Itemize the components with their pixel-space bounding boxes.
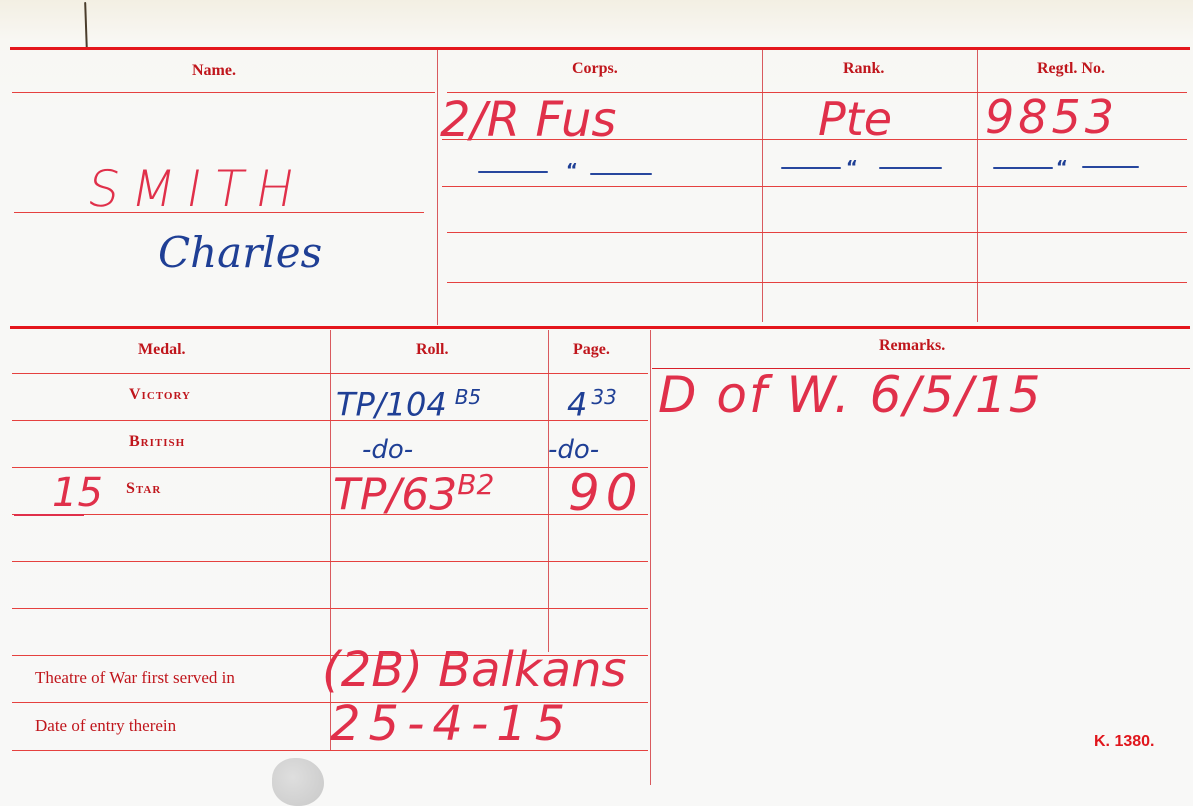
divider-page-remarks	[650, 330, 651, 785]
form-number: K. 1380.	[1094, 733, 1154, 751]
regtl-no-value: 9853	[985, 90, 1118, 144]
surname: SMITH	[83, 160, 311, 218]
rank-value: Pte	[818, 92, 892, 146]
divider-roll-page	[548, 330, 549, 652]
rank-header: Rank.	[843, 60, 884, 78]
corps-header: Corps.	[572, 60, 618, 78]
roll-victory: TP/104B5	[336, 385, 481, 424]
name-header-line	[12, 92, 435, 93]
corps-ditto-mark: “	[566, 160, 578, 181]
thumbprint-smudge	[272, 758, 324, 806]
page-british: -do-	[548, 435, 599, 465]
rank-ditto-right	[879, 167, 942, 169]
medal-row-line-2	[12, 467, 648, 468]
roll-victory-sup: B5	[455, 385, 481, 409]
theatre-value: (2B) Balkans	[322, 642, 627, 698]
forename: Charles	[158, 228, 322, 277]
medal-row-line-0	[12, 373, 648, 374]
roll-star: TP/63B2	[333, 468, 494, 521]
row-line-4	[447, 282, 1187, 283]
middle-border-line	[10, 326, 1190, 329]
entry-date-label: Date of entry therein	[35, 716, 176, 736]
medal-row-line-1	[12, 420, 648, 421]
entry-date-value: 25-4-15	[330, 696, 573, 752]
pencil-mark	[84, 2, 88, 50]
star-underline	[14, 514, 84, 516]
regtl-ditto-mark: “	[1056, 157, 1068, 178]
top-border-line	[10, 47, 1190, 50]
page-victory-sup: 33	[591, 385, 616, 409]
roll-star-sup: B2	[457, 468, 494, 501]
rank-ditto-mark: “	[846, 157, 858, 178]
page-victory-value: 4	[567, 386, 587, 424]
rank-ditto-left	[781, 167, 841, 169]
roll-header: Roll.	[416, 341, 448, 359]
remarks-header: Remarks.	[879, 337, 945, 355]
page-header: Page.	[573, 341, 610, 359]
row-line-3	[447, 232, 1187, 233]
star-prefix: 15	[52, 470, 103, 516]
medal-star: Star	[126, 480, 161, 498]
regtl-ditto-right	[1082, 166, 1139, 168]
medal-victory: Victory	[129, 386, 191, 404]
corps-ditto-right	[590, 173, 652, 175]
medal-row-line-5	[12, 608, 648, 609]
roll-british: -do-	[362, 435, 413, 465]
regtl-no-header: Regtl. No.	[1037, 60, 1105, 78]
corps-value: 2/R Fus	[440, 92, 616, 148]
page-star: 90	[568, 464, 644, 522]
page-victory: 433	[567, 385, 617, 424]
row-line-2	[442, 186, 1187, 187]
regtl-ditto-left	[993, 167, 1053, 169]
medal-row-line-3	[12, 514, 648, 515]
theatre-label: Theatre of War first served in	[35, 668, 235, 688]
remarks-value: D of W. 6/5/15	[658, 366, 1043, 424]
medal-row-line-4	[12, 561, 648, 562]
medal-index-card: Name. Corps. Rank. Regtl. No. SMITH Char…	[0, 0, 1193, 806]
corps-ditto-left	[478, 171, 548, 173]
name-header: Name.	[192, 62, 236, 80]
medal-header: Medal.	[138, 341, 186, 359]
medal-british: British	[129, 433, 185, 451]
roll-star-value: TP/63	[333, 470, 457, 521]
divider-name-corps	[437, 50, 438, 325]
roll-victory-value: TP/104	[336, 386, 447, 424]
